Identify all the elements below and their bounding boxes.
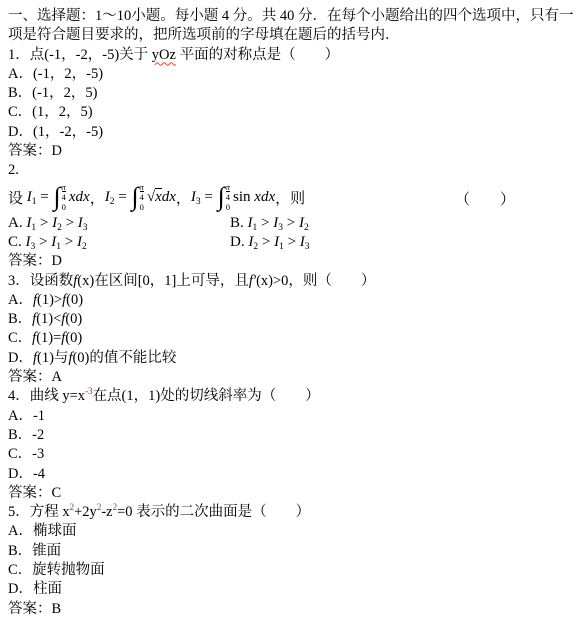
- q4-option-c: C．-3: [8, 445, 583, 464]
- q2-comma-1: ，: [90, 187, 105, 208]
- integral-limits: π4 0: [226, 183, 230, 212]
- q3-option-a: A．f(1)>f(0): [8, 291, 583, 310]
- q1-option-a: A．(-1，2，-5): [8, 65, 583, 84]
- q2-var-I3: I3: [191, 189, 201, 206]
- upper-limit-pi-over-4: π4: [62, 183, 66, 202]
- integral-symbol: ∫ π4 0: [218, 182, 232, 212]
- q2-answer: 答案：D: [8, 252, 583, 271]
- q5-option-a: A．椭球面: [8, 522, 583, 541]
- sin-function: sin: [233, 189, 254, 206]
- q5-option-c: C．旋转抛物面: [8, 561, 583, 580]
- q1-stem: 1．点(-1，-2，-5)关于 yOz 平面的对称点是（ ）: [8, 46, 583, 65]
- q5-option-b: B．锥面: [8, 542, 583, 561]
- q1-spellcheck-word: yOz: [152, 47, 176, 63]
- q2-var-I1: I1: [27, 189, 37, 206]
- q3-answer: 答案：A: [8, 368, 583, 387]
- lower-limit-zero: 0: [140, 203, 144, 212]
- q2-integrand-3: xdx: [254, 189, 275, 206]
- q3-option-d: D．f(1)与f(0)的值不能比较: [8, 349, 583, 368]
- integral-limits: π4 0: [140, 183, 144, 212]
- integral-symbol: ∫ π4 0: [131, 182, 145, 212]
- sqrt-radicand: x: [155, 188, 162, 206]
- q2-options-row-2: C. I3 > I1 > I2 D. I2 > I1 > I3: [8, 233, 583, 252]
- lower-limit-zero: 0: [226, 203, 230, 212]
- upper-limit-pi-over-4: π4: [226, 183, 230, 202]
- q1-answer: 答案：D: [8, 142, 583, 161]
- q2-option-b: B. I1 > I3 > I2: [230, 214, 309, 233]
- q3-stem: 3．设函数f(x)在区间[0，1]上可导，且f′(x)>0，则（ ）: [8, 272, 583, 291]
- q1-option-d: D．(1，-2，-5): [8, 123, 583, 142]
- q1-stem-suffix: 平面的对称点是（ ）: [176, 47, 339, 63]
- q1-stem-prefix: 1．点(-1，-2，-5)关于: [8, 47, 152, 63]
- q2-formula-intro: 设: [8, 187, 27, 208]
- q4-option-b: B．-2: [8, 426, 583, 445]
- q2-integrand-1: xdx: [69, 189, 90, 206]
- q4-answer: 答案：C: [8, 484, 583, 503]
- q2-number: 2.: [8, 161, 583, 180]
- sqrt-sign: √: [147, 189, 155, 206]
- q2-answer-paren: （ ）: [455, 188, 515, 209]
- q3-option-c: C．f(1)=f(0): [8, 329, 583, 348]
- integral-limits: π4 0: [62, 183, 66, 212]
- section-header-line2: 项是符合题目要求的，把所选项前的字母填在题后的括号内．: [8, 26, 583, 45]
- q5-stem: 5．方程 x2+2y2-z2=0 表示的二次曲面是（ ）: [8, 503, 583, 522]
- lower-limit-zero: 0: [62, 203, 66, 212]
- exam-document: 一、选择题：1～10小题。每小题 4 分。共 40 分．在每个小题给出的四个选项…: [0, 0, 583, 622]
- q2-options-row-1: A. I1 > I2 > I3 B. I1 > I3 > I2: [8, 214, 583, 233]
- q2-equals-2: =: [114, 189, 130, 206]
- q2-equals: =: [37, 189, 53, 206]
- q2-then: ，则: [275, 187, 305, 208]
- f-prime-symbol: f′: [249, 273, 256, 289]
- q2-equals-3: =: [201, 189, 217, 206]
- q2-option-a: A. I1 > I2 > I3: [8, 214, 230, 233]
- q2-comma-2: ，: [176, 187, 191, 208]
- q5-answer: 答案：B: [8, 600, 583, 619]
- q4-exponent: -3: [85, 386, 93, 396]
- q1-option-b: B．(-1，2，5): [8, 84, 583, 103]
- q2-var-I2: I2: [105, 189, 115, 206]
- section-header-line1: 一、选择题：1～10小题。每小题 4 分。共 40 分．在每个小题给出的四个选项…: [8, 7, 583, 26]
- q4-option-a: A．-1: [8, 407, 583, 426]
- q2-formula: 设 I1 = ∫ π4 0 xdx ， I2 = ∫ π4 0 √xdx ， I…: [8, 181, 583, 214]
- upper-limit-pi-over-4: π4: [140, 183, 144, 202]
- q2-option-d: D. I2 > I1 > I3: [230, 233, 310, 252]
- integral-symbol: ∫ π4 0: [53, 182, 67, 212]
- q5-option-d: D．柱面: [8, 580, 583, 599]
- q4-stem: 4．曲线 y=x-3在点(1，1)处的切线斜率为（ ）: [8, 387, 583, 406]
- q2-integrand-2: dx: [162, 189, 176, 206]
- q2-option-c: C. I3 > I1 > I2: [8, 233, 230, 252]
- q4-option-d: D．-4: [8, 465, 583, 484]
- q3-option-b: B．f(1)<f(0): [8, 310, 583, 329]
- q1-option-c: C．(1，2，5): [8, 103, 583, 122]
